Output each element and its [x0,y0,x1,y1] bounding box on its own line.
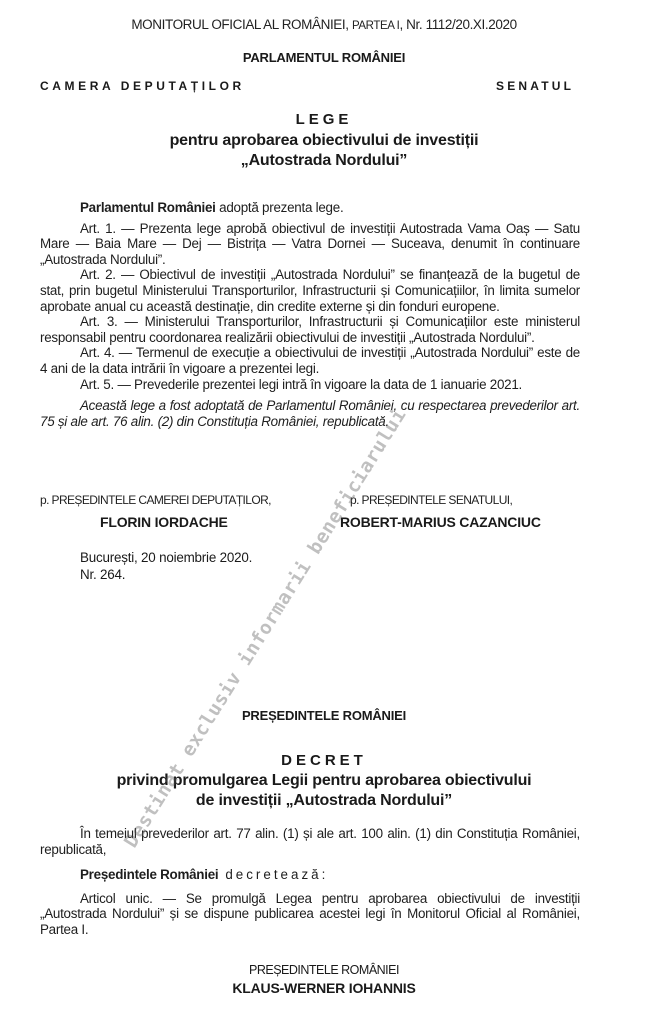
law-intro-text: adoptă prezenta lege. [216,200,344,215]
gazette-title: MONITORUL OFICIAL AL ROMÂNIEI, [131,17,352,32]
law-intro-subject: Parlamentul României [80,200,216,215]
law-title-line2: „Autostrada Nordului” [0,152,648,170]
parliament-heading: PARLAMENTUL ROMÂNIEI [0,50,648,65]
gazette-part: PARTEA I [352,20,400,32]
senate-label: SENATUL [496,79,574,93]
decree-basis: În temeiul prevederilor art. 77 alin. (1… [40,826,580,857]
law-title-line1: pentru aprobarea obiectivului de investi… [0,132,648,150]
law-article-5: Art. 5. — Prevederile prezentei legi int… [40,377,580,393]
decree-issuer: PREȘEDINTELE ROMÂNIEI [0,708,648,723]
law-article-3: Art. 3. — Ministerului Transporturilor, … [40,314,580,345]
law-intro: Parlamentul României adoptă prezenta leg… [40,200,580,216]
decree-type: DECRET [0,752,648,769]
president-name: KLAUS-WERNER IOHANNIS [0,980,648,996]
gazette-header: MONITORUL OFICIAL AL ROMÂNIEI, PARTEA I,… [0,17,648,32]
decree-article: Articol unic. — Se promulgă Legea pentru… [40,891,580,938]
document-page: MONITORUL OFICIAL AL ROMÂNIEI, PARTEA I,… [0,0,648,1024]
law-article-1: Art. 1. — Prezenta lege aprobă obiectivu… [40,221,580,268]
law-body: Parlamentul României adoptă prezenta leg… [40,200,580,429]
senate-president-name: ROBERT-MARIUS CAZANCIUC [340,514,541,530]
deputies-president-name: FLORIN IORDACHE [100,514,228,530]
decree-body: În temeiul prevederilor art. 77 alin. (1… [40,826,580,938]
law-number: Nr. 264. [80,567,125,582]
decree-title-line1: privind promulgarea Legii pentru aprobar… [0,772,648,790]
gazette-number: , Nr. 1112/20.XI.2020 [399,17,516,32]
law-article-2: Art. 2. — Obiectivul de investiții „Auto… [40,267,580,314]
president-label: PREȘEDINTELE ROMÂNIEI [0,963,648,977]
chamber-deputies-label: CAMERA DEPUTAȚILOR [40,79,245,93]
law-article-4: Art. 4. — Termenul de execuție a obiecti… [40,345,580,376]
law-type: LEGE [0,111,648,128]
deputies-president-label: p. PREȘEDINTELE CAMEREI DEPUTAȚILOR, [40,493,271,507]
decree-title-line2: de investiții „Autostrada Nordului” [0,792,648,810]
senate-president-label: p. PREȘEDINTELE SENATULUI, [350,493,512,507]
decree-verb: decretează: [225,867,328,882]
decree-subject: Președintele României [80,867,218,882]
decree-statement: Președintele României decretează: [40,867,580,883]
place-date: București, 20 noiembrie 2020. [80,550,252,565]
adoption-note: Această lege a fost adoptată de Parlamen… [40,398,580,429]
